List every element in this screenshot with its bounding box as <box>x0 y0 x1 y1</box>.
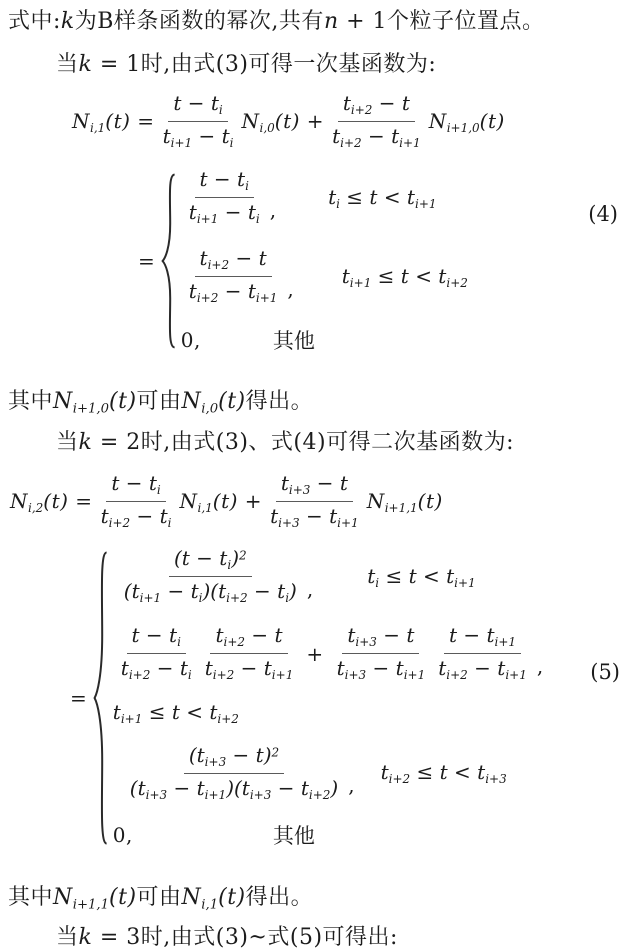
denominator: ti+3 − ti+1 <box>265 502 364 532</box>
numerator: ti+2 − t <box>338 91 415 122</box>
fraction: t − ti ti+1 − ti <box>184 167 265 228</box>
case-row: 0, 其他 <box>113 820 543 850</box>
denominator: ti+2 − ti <box>116 654 197 684</box>
numerator: ti+2 − t <box>210 623 287 654</box>
denominator: ti+1 − ti <box>158 122 239 152</box>
numerator: (ti+3 − t)2 <box>184 743 284 774</box>
numerator: ti+3 − t <box>342 623 419 654</box>
case-row: t − ti ti+2 − ti ti+2 − t ti+2 − ti+1 + … <box>113 623 543 684</box>
otherwise-label: 其他 <box>273 325 315 355</box>
paper-page: 式中:k为B样条函数的幂次,共有n + 1个粒子位置点。 当k = 1时,由式(… <box>0 0 632 950</box>
fraction: ti+2 − t ti+2 − ti+1 <box>184 246 283 307</box>
comma: , <box>537 654 543 678</box>
equals-sign: = <box>138 249 155 273</box>
fraction: t − ti ti+1 − ti <box>158 91 239 152</box>
paragraph-k3-intro: 当k = 3时,由式(3)~式(5)可得出: <box>8 924 624 950</box>
case-row: (t − ti)2 (ti+1 − ti)(ti+2 − ti) , ti ≤ … <box>113 546 543 607</box>
cases-list: t − ti ti+1 − ti , ti ≤ t < ti+1 ti+2 − … <box>181 158 468 364</box>
numerator: ti+3 − t <box>276 471 353 502</box>
denominator: (ti+1 − ti)(ti+2 − ti) <box>119 577 302 607</box>
numerator: t − ti <box>127 623 186 654</box>
equation-5-cases: = (t − ti)2 (ti+1 − ti)(ti+2 − ti) , ti … <box>70 538 624 857</box>
numerator: ti+2 − t <box>195 246 272 277</box>
denominator: ti+3 − ti+1 <box>332 654 431 684</box>
left-brace-icon <box>93 548 109 848</box>
case-row: t − ti ti+1 − ti , ti ≤ t < ti+1 <box>181 167 468 228</box>
eq4-middle-term: Ni,0(t) + <box>242 109 325 135</box>
fraction: t − ti ti+2 − ti <box>96 471 177 532</box>
numerator: t − ti <box>168 91 227 122</box>
zero-term: 0, <box>113 823 133 847</box>
fraction: t − ti+1 ti+2 − ti+1 <box>433 623 532 684</box>
comma: , <box>348 773 354 797</box>
numerator: t − ti <box>106 471 165 502</box>
case-row: 0, 其他 <box>181 325 468 355</box>
denominator: ti+2 − ti+1 <box>327 122 426 152</box>
case-condition: ti ≤ t < ti+1 <box>328 185 436 211</box>
zero-term: 0, <box>181 328 201 352</box>
case-condition: ti+2 ≤ t < ti+3 <box>381 760 507 786</box>
numerator: t − ti <box>195 167 254 198</box>
left-brace-icon <box>161 172 177 350</box>
paragraph-k2-intro: 当k = 2时,由式(3)、式(4)可得二次基函数为: <box>8 429 624 458</box>
paragraph-k1-intro: 当k = 1时,由式(3)可得一次基函数为: <box>8 51 624 80</box>
fraction: ti+2 − t ti+2 − ti+1 <box>327 91 426 152</box>
fraction: (ti+3 − t)2 (ti+3 − ti+1)(ti+3 − ti+2) <box>125 743 343 804</box>
fraction: (t − ti)2 (ti+1 − ti)(ti+2 − ti) <box>119 546 302 607</box>
paragraph-n10-note: 其中Ni+1,0(t)可由Ni,0(t)得出。 <box>8 388 624 418</box>
numerator: (t − ti)2 <box>169 546 252 577</box>
otherwise-label: 其他 <box>273 820 315 850</box>
fraction: ti+3 − t ti+3 − ti+1 <box>265 471 364 532</box>
eq5-middle-term: Ni,1(t) + <box>180 489 263 515</box>
fraction: ti+2 − t ti+2 − ti+1 <box>200 623 299 684</box>
numerator: t − ti+1 <box>444 623 521 654</box>
denominator: ti+2 − ti <box>96 502 177 532</box>
equals-sign: = <box>70 686 87 710</box>
eq5-tail-term: Ni+1,1(t) <box>367 489 443 515</box>
comma: , <box>287 277 293 301</box>
comma: , <box>270 198 276 222</box>
denominator: ti+2 − ti+1 <box>200 654 299 684</box>
paragraph-n11-note: 其中Ni+1,1(t)可由Ni,1(t)得出。 <box>8 884 624 914</box>
equation-4-cases: = t − ti ti+1 − ti , ti ≤ t < ti+1 ti+2 … <box>138 158 624 364</box>
cases-list: (t − ti)2 (ti+1 − ti)(ti+2 − ti) , ti ≤ … <box>113 538 543 857</box>
case-condition: ti ≤ t < ti+1 <box>367 564 475 590</box>
eq4-lhs: Ni,1(t) = <box>72 109 155 135</box>
eq5-lhs: Ni,2(t) = <box>10 489 93 515</box>
equation-number: (4) <box>588 202 618 226</box>
equation-number: (5) <box>590 660 620 684</box>
case-condition-row: ti+1 ≤ t < ti+2 <box>113 700 543 726</box>
fraction: ti+3 − t ti+3 − ti+1 <box>332 623 431 684</box>
denominator: ti+1 − ti <box>184 198 265 228</box>
fraction: t − ti ti+2 − ti <box>116 623 197 684</box>
denominator: ti+2 − ti+1 <box>433 654 532 684</box>
equation-5-definition: Ni,2(t) = t − ti ti+2 − ti Ni,1(t) + ti+… <box>10 471 624 532</box>
eq4-tail-term: Ni+1,0(t) <box>429 109 505 135</box>
plus-sign: + <box>306 642 323 666</box>
case-row: ti+2 − t ti+2 − ti+1 , ti+1 ≤ t < ti+2 <box>181 246 468 307</box>
comma: , <box>307 577 313 601</box>
case-condition: ti+1 ≤ t < ti+2 <box>342 264 468 290</box>
denominator: (ti+3 − ti+1)(ti+3 − ti+2) <box>125 774 343 804</box>
paragraph-formula-note: 式中:k为B样条函数的幂次,共有n + 1个粒子位置点。 <box>8 8 624 37</box>
denominator: ti+2 − ti+1 <box>184 277 283 307</box>
case-row: (ti+3 − t)2 (ti+3 − ti+1)(ti+3 − ti+2) ,… <box>113 743 543 804</box>
equation-4-definition: Ni,1(t) = t − ti ti+1 − ti Ni,0(t) + ti+… <box>72 91 624 152</box>
case-condition: ti+1 ≤ t < ti+2 <box>113 700 239 726</box>
